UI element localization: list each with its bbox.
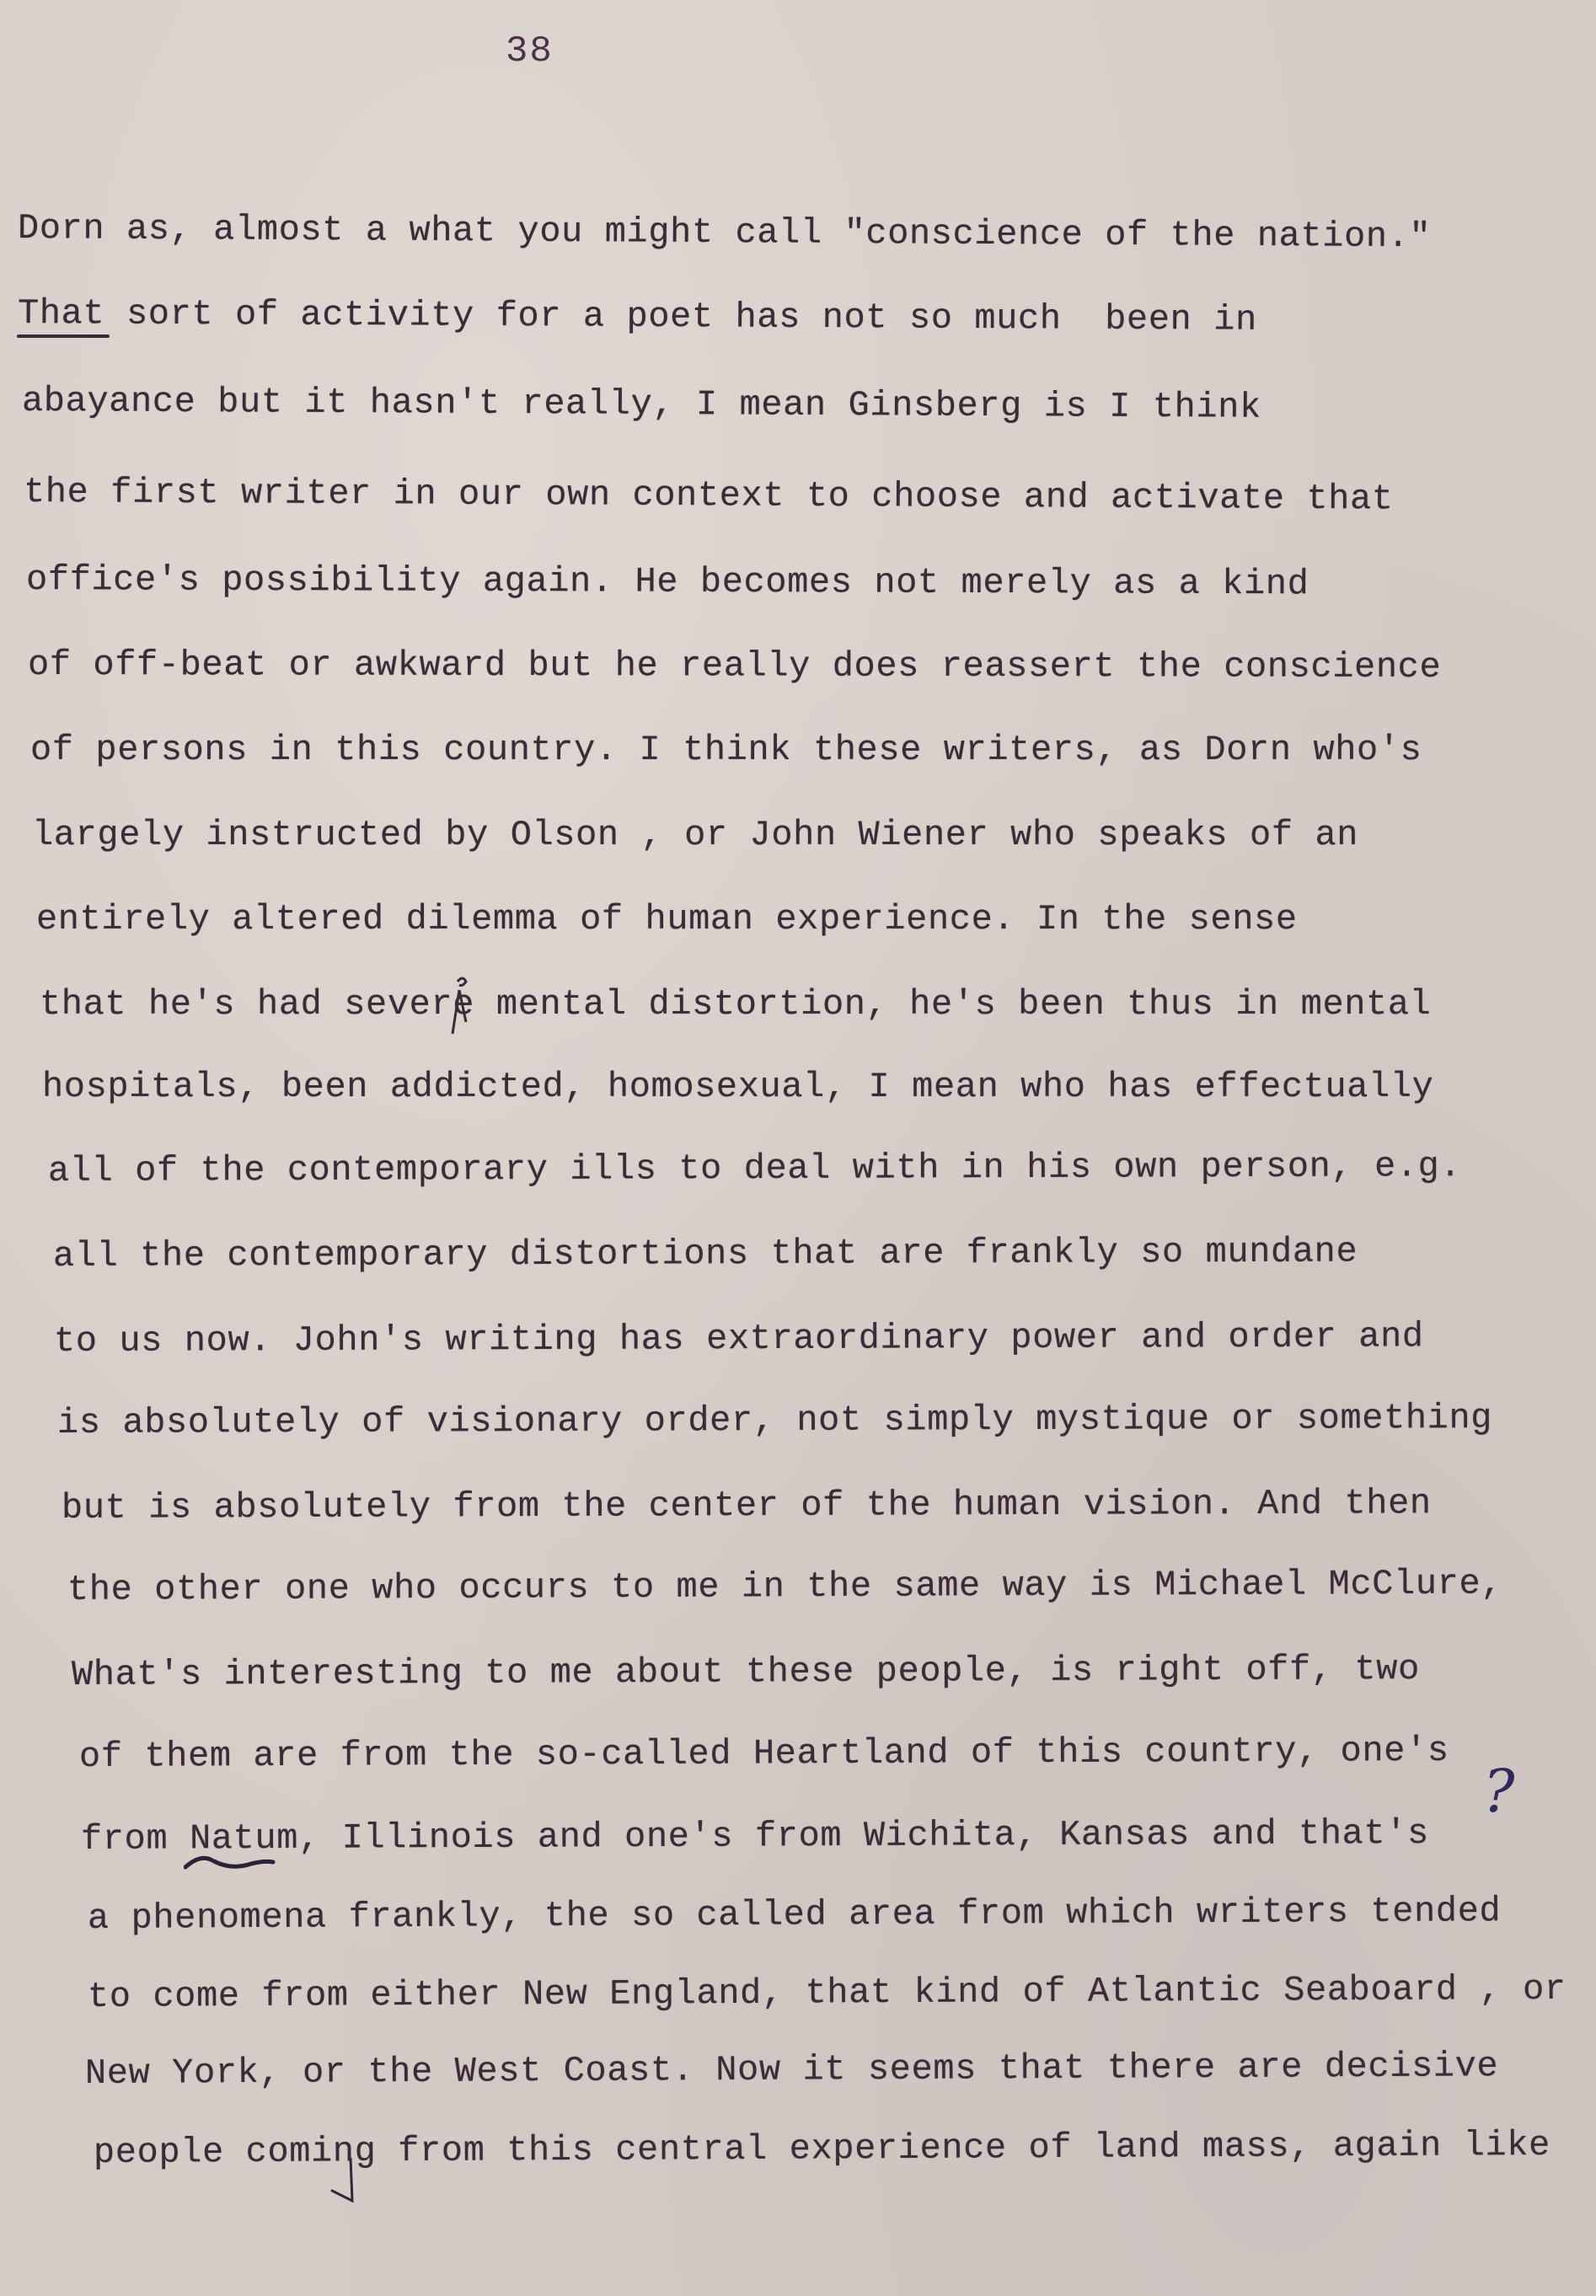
text-line: a phenomena frankly, the so called area … [88,1893,1501,1936]
text-line: abayance but it hasn't really, I mean Gi… [22,383,1261,425]
text-line: entirely altered dilemma of human experi… [36,902,1298,937]
correction-hook-mark [329,2157,362,2208]
text-line: What's interesting to me about these peo… [72,1651,1420,1693]
text-line: is absolutely of visionary order, not si… [57,1400,1492,1441]
text-line: all of the contemporary ills to deal wit… [48,1148,1461,1189]
text-line: to us now. John's writing has extraordin… [54,1319,1424,1359]
wavy-underline-mark [184,1852,276,1872]
margin-question-mark: ? [1483,1757,1515,1826]
text-line: of persons in this country. I think thes… [30,732,1422,768]
text-line: New York, or the West Coast. Now it seem… [85,2048,1498,2091]
text-line: but is absolutely from the center of the… [62,1485,1432,1526]
text-line: the other one who occurs to me in the sa… [67,1566,1502,1608]
text-line: That sort of activity for a poet has not… [18,296,1257,338]
text-line: office's possibility again. He becomes n… [26,562,1309,602]
text-line: hospitals, been addicted, homosexual, I … [42,1069,1433,1105]
text-line: people coming from this central experien… [94,2127,1550,2170]
text-line: Dorn as, almost a what you might call "c… [18,211,1432,254]
text-line: all the contemporary distortions that ar… [53,1234,1358,1274]
text-line: from Natum, Illinois and one's from Wich… [81,1816,1429,1857]
text-line: largely instructed by Olson , or John Wi… [32,817,1358,853]
text-line: to come from either New England, that ki… [88,1972,1567,2015]
text-line: of off-beat or awkward but he really doe… [28,647,1441,685]
text-line: the first writer in our own context to c… [24,474,1394,517]
insertion-caret-icon [442,973,476,1041]
text-line: of them are from the so-called Heartland… [79,1733,1449,1774]
page-number: 38 [506,30,554,72]
text-line: that he's had severe mental distortion, … [40,987,1431,1022]
underline-mark [17,334,110,338]
